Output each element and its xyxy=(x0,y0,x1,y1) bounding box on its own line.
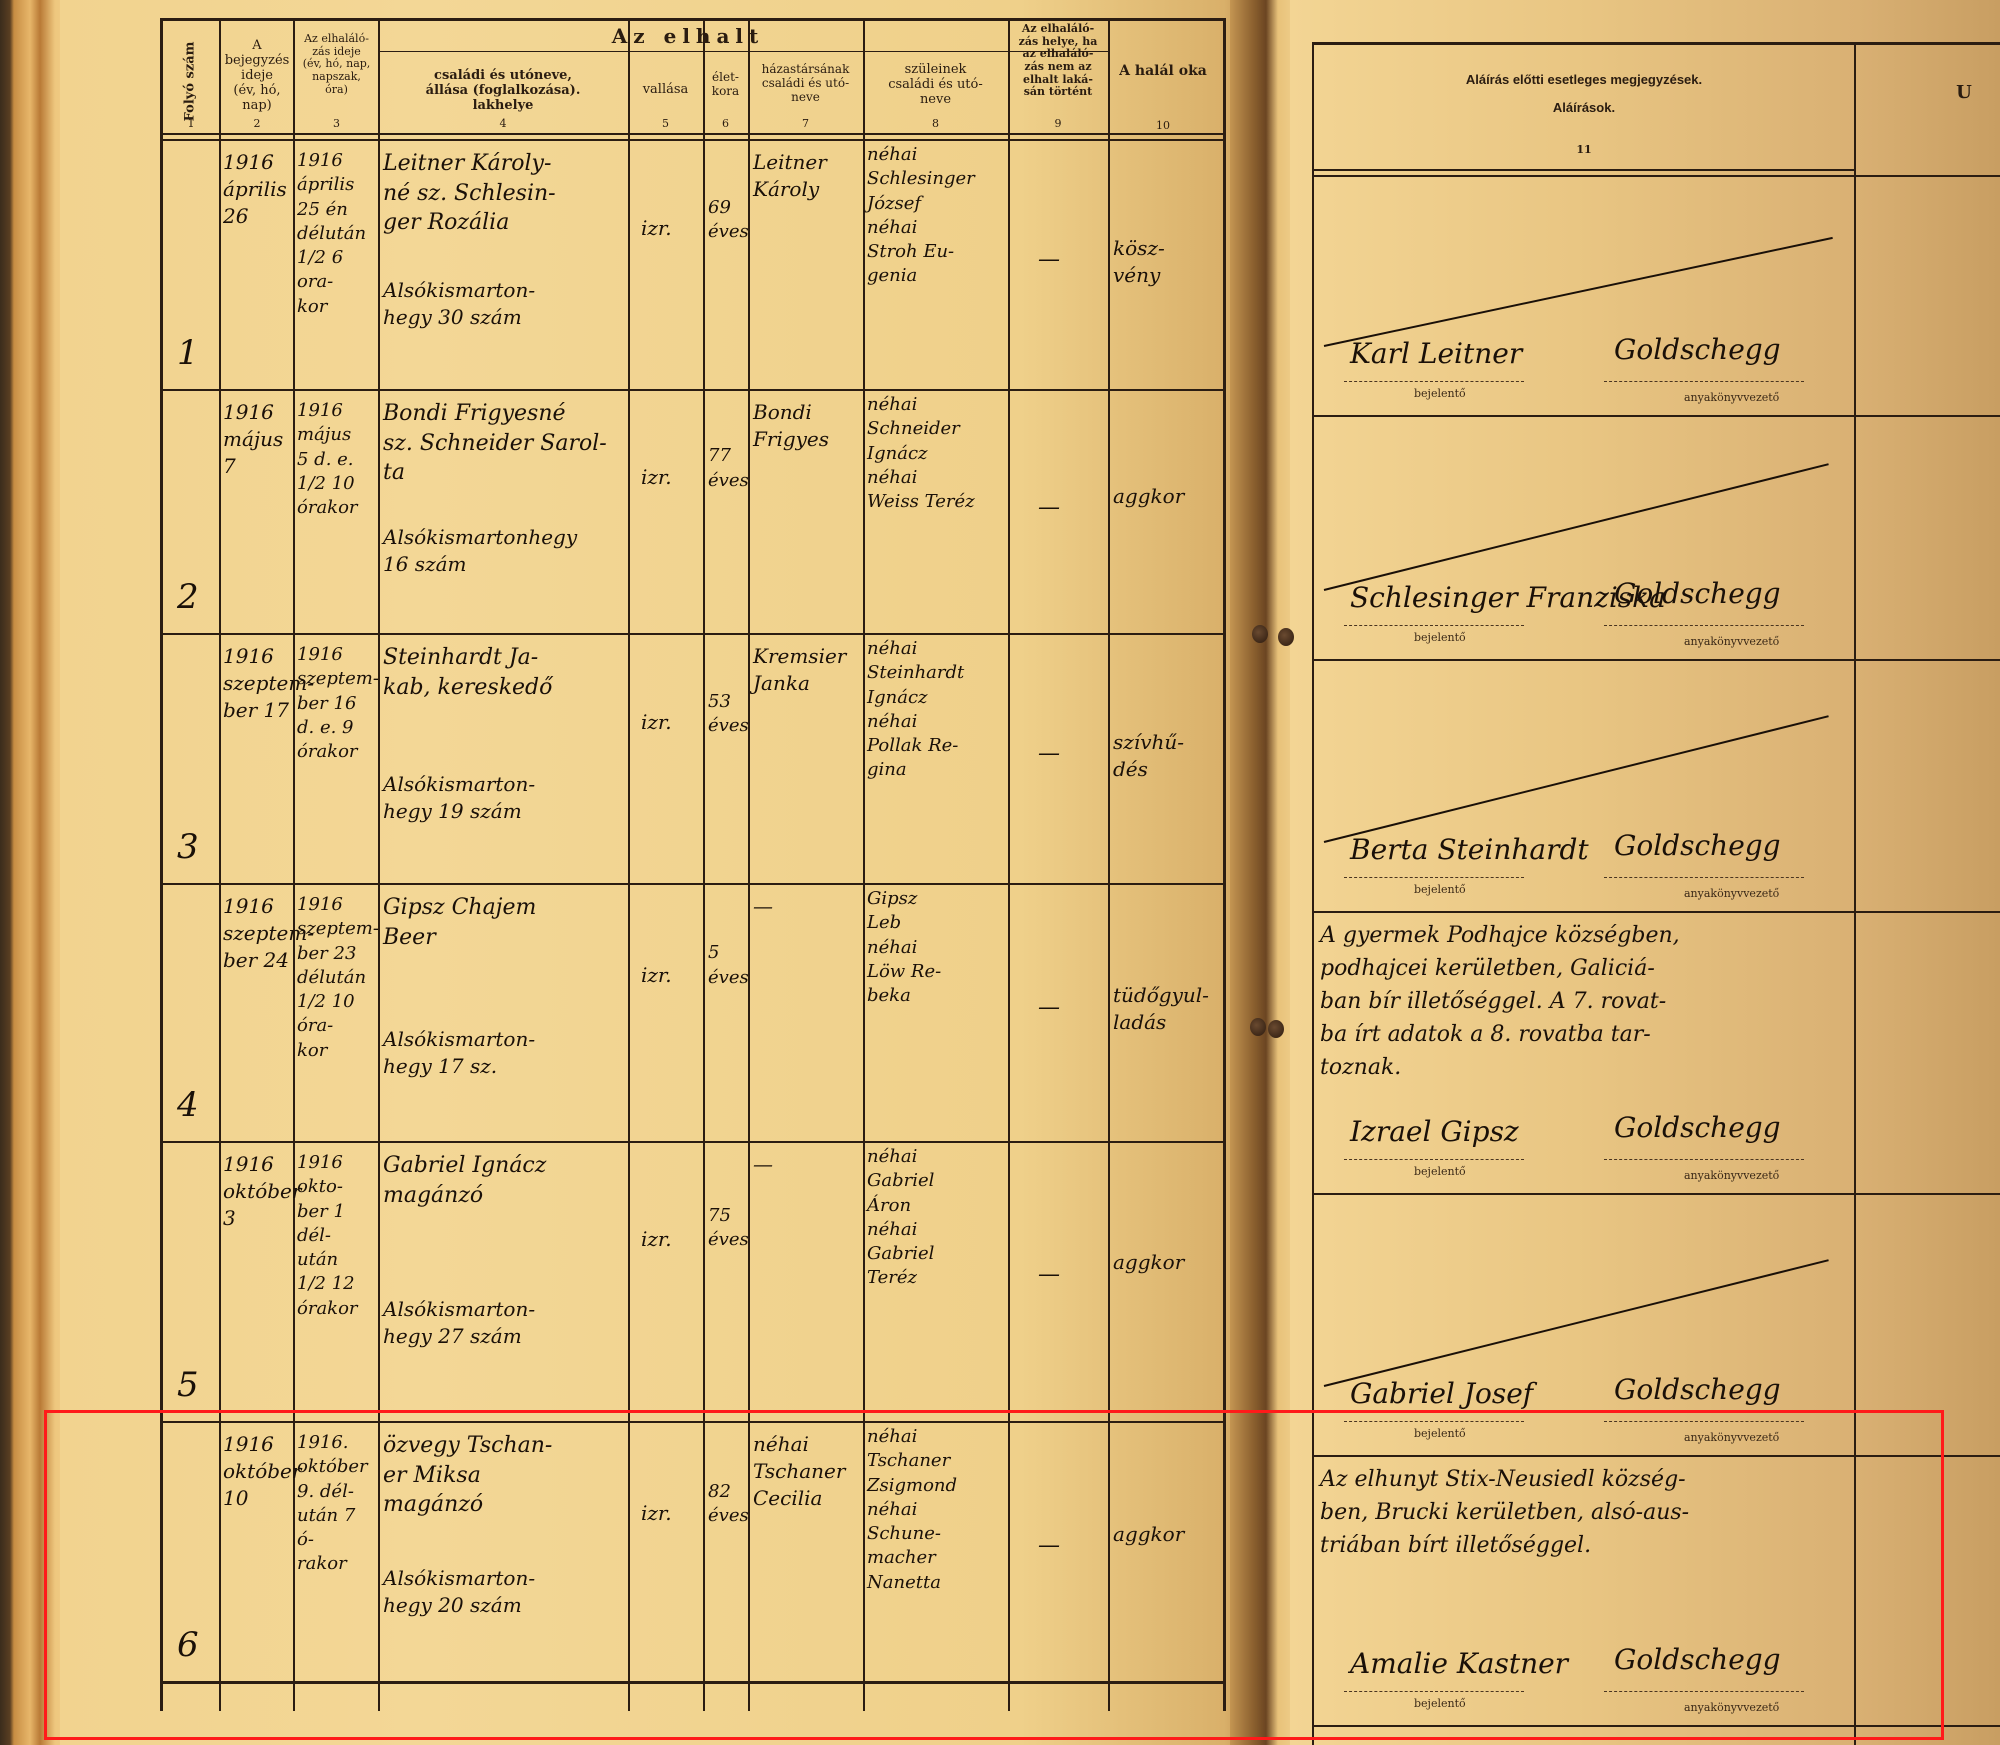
residence: Alsókismarton- hegy 19 szám xyxy=(383,771,628,825)
parents-names: néhai Schneider Ignácz néhai Weiss Teréz xyxy=(867,393,1007,514)
entry-number: 1 xyxy=(177,333,217,373)
registration-date: 1916 április 26 xyxy=(223,149,293,230)
registration-date: 1916 október 3 xyxy=(223,1151,293,1232)
header-col10: A halál oka xyxy=(1108,63,1218,79)
religion: izr. xyxy=(641,215,709,242)
column-number: 3 xyxy=(295,117,378,130)
parents-names: néhai Gabriel Áron néhai Gabriel Teréz xyxy=(867,1145,1007,1291)
death-date: 1916 május 5 d. e. 1/2 10 órakor xyxy=(297,399,377,520)
deceased-name: Gipsz Chajem Beer xyxy=(383,893,628,952)
column-number: 1 xyxy=(163,117,219,130)
registrar-signature: Goldschegg xyxy=(1614,829,1781,862)
staple-icon xyxy=(1252,625,1268,643)
column-number: 8 xyxy=(863,117,1008,130)
age: 75 éves xyxy=(708,1204,750,1253)
header-col9: Az elhaláló- zás helye, ha az elhaláló- … xyxy=(1008,23,1108,99)
entry-number: 2 xyxy=(177,577,217,617)
parents-names: néhai Schlesinger József néhai Stroh Eu-… xyxy=(867,143,1007,289)
header-col5: vallása xyxy=(628,83,703,98)
residence: Alsókismarton- hegy 17 sz. xyxy=(383,1026,628,1080)
spouse-name: — xyxy=(753,893,861,920)
age: 53 éves xyxy=(708,690,750,739)
religion: izr. xyxy=(641,962,709,989)
staple-icon xyxy=(1278,628,1294,646)
cause-of-death: kösz- vény xyxy=(1113,235,1218,289)
registration-date: 1916 szeptem- ber 17 xyxy=(223,643,293,724)
reporter-label: bejelentő xyxy=(1414,631,1466,644)
cause-of-death: aggkor xyxy=(1113,483,1218,510)
age: 69 éves xyxy=(708,196,750,245)
cause-of-death: aggkor xyxy=(1113,1249,1218,1276)
deceased-name: Steinhardt Ja- kab, kereskedő xyxy=(383,643,628,702)
strike-through-line xyxy=(1324,237,1833,347)
registration-date: 1916 szeptem- ber 24 xyxy=(223,893,293,974)
column-number: 7 xyxy=(748,117,863,130)
column-number: 5 xyxy=(628,117,703,130)
column-number: 9 xyxy=(1008,117,1108,130)
strike-through-line xyxy=(1324,1259,1829,1387)
death-date: 1916 szeptem- ber 23 délután 1/2 10 óra-… xyxy=(297,893,377,1063)
cause-of-death: szívhű- dés xyxy=(1113,729,1218,783)
column-number: 4 xyxy=(378,117,628,130)
reporter-signature: Berta Steinhardt xyxy=(1350,833,1589,866)
column-number: 11 xyxy=(1314,143,1854,156)
death-date: 1916 okto- ber 1 dél- után 1/2 12 órakor xyxy=(297,1151,377,1321)
staple-icon xyxy=(1268,1020,1284,1038)
entry-number: 5 xyxy=(177,1365,217,1405)
parents-names: néhai Steinhardt Ignácz néhai Pollak Re-… xyxy=(867,637,1007,783)
spouse-name: — xyxy=(753,1151,861,1178)
header-col2: A bejegyzés ideje (év, hó, nap) xyxy=(221,39,293,114)
column-number: 6 xyxy=(703,117,748,130)
strike-through-line xyxy=(1324,715,1829,843)
header-col1: Folyó szám xyxy=(163,31,219,131)
spouse-name: Bondi Frigyes xyxy=(753,399,861,453)
registrar-signature: Goldschegg xyxy=(1614,333,1781,366)
religion: izr. xyxy=(641,464,709,491)
cause-of-death: tüdőgyul- ladás xyxy=(1113,982,1218,1036)
registrar-label: anyakönyvvezető xyxy=(1684,887,1779,900)
registrar-label: anyakönyvvezető xyxy=(1684,391,1779,404)
header-col6: élet- kora xyxy=(703,71,748,99)
religion: izr. xyxy=(641,1226,709,1253)
header-col3: Az elhaláló- zás ideje (év, hó, nap, nap… xyxy=(295,33,378,96)
spouse-name: Kremsier Janka xyxy=(753,643,861,697)
registrar-signature: Goldschegg xyxy=(1614,1373,1781,1406)
deceased-name: Bondi Frigyesné sz. Schneider Sarol- ta xyxy=(383,399,628,488)
age: 77 éves xyxy=(708,444,750,493)
parents-names: Gipsz Leb néhai Löw Re- beka xyxy=(867,887,1007,1008)
age: 5 éves xyxy=(708,941,750,990)
religion: izr. xyxy=(641,709,709,736)
residence: Alsókismarton- hegy 27 szám xyxy=(383,1296,628,1350)
strike-through-line xyxy=(1324,463,1829,591)
column-number: 2 xyxy=(221,117,293,130)
registrar-label: anyakönyvvezető xyxy=(1684,635,1779,648)
residence: Alsókismartonhegy 16 szám xyxy=(383,524,628,578)
death-date: 1916 április 25 én délután 1/2 6 ora- ko… xyxy=(297,149,377,319)
staple-icon xyxy=(1250,1018,1266,1036)
registrar-signature: Goldschegg xyxy=(1614,1111,1781,1144)
reporter-signature: Gabriel Josef xyxy=(1350,1377,1533,1410)
header-col11-signatures: Aláírások. xyxy=(1314,101,1854,116)
header-col7: házastársának családi és utó- neve xyxy=(748,63,863,104)
header-partial: U xyxy=(1934,83,1994,104)
death-date: 1916 szeptem- ber 16 d. e. 9 órakor xyxy=(297,643,377,764)
residence: Alsókismarton- hegy 30 szám xyxy=(383,277,628,331)
deceased-name: Leitner Károly- né sz. Schlesin- ger Roz… xyxy=(383,149,628,238)
registrar-signature: Goldschegg xyxy=(1614,577,1781,610)
reporter-signature: Karl Leitner xyxy=(1350,337,1522,370)
remarks-note: A gyermek Podhajce községben, podhajcei … xyxy=(1320,919,1850,1084)
reporter-signature: Izrael Gipsz xyxy=(1350,1115,1519,1148)
header-col4: családi és utóneve, állása (foglalkozása… xyxy=(378,69,628,114)
spouse-name: Leitner Károly xyxy=(753,149,861,203)
registrar-label: anyakönyvvezető xyxy=(1684,1169,1779,1182)
entry-number: 4 xyxy=(177,1085,217,1125)
reporter-label: bejelentő xyxy=(1414,1165,1466,1178)
header-group-deceased: Az elhalt xyxy=(378,25,998,48)
column-number: 10 xyxy=(1108,119,1218,132)
deceased-name: Gabriel Ignácz magánzó xyxy=(383,1151,628,1210)
reporter-label: bejelentő xyxy=(1414,883,1466,896)
selected-entry-highlight xyxy=(44,1410,1944,1740)
registration-date: 1916 május 7 xyxy=(223,399,293,480)
entry-number: 3 xyxy=(177,827,217,867)
header-col8: szüleinek családi és utó- neve xyxy=(863,63,1008,108)
reporter-label: bejelentő xyxy=(1414,387,1466,400)
header-col11-remarks: Aláírás előtti esetleges megjegyzések. xyxy=(1314,73,1854,88)
